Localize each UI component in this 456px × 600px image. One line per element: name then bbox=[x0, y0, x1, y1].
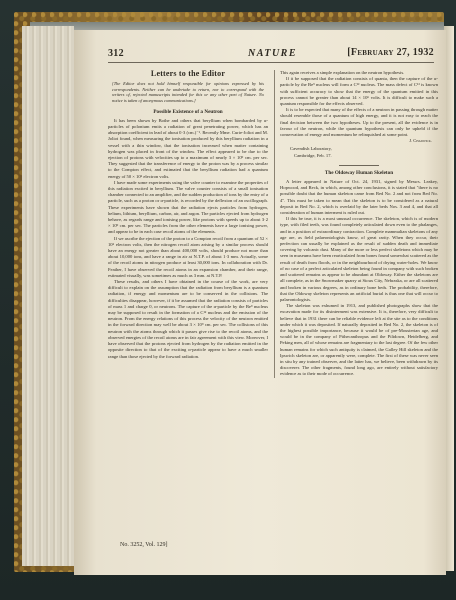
paragraph: These results, and others I have obtaine… bbox=[108, 279, 268, 360]
address-line: Cambridge, Feb. 17. bbox=[294, 153, 438, 159]
paragraph: It has been shown by Bothe and others th… bbox=[108, 118, 268, 180]
paragraph: If it be supposed that the radiation con… bbox=[280, 76, 438, 107]
page-number: 312 bbox=[108, 48, 124, 59]
right-column: This again receives a simple explanation… bbox=[274, 70, 438, 378]
section-title: Letters to the Editor bbox=[108, 71, 268, 77]
author-signature: J. Chadwick. bbox=[280, 138, 432, 144]
paragraph: If we ascribe the ejection of the proton… bbox=[108, 236, 268, 279]
divider bbox=[339, 165, 379, 166]
journal-title: NATURE bbox=[248, 48, 297, 59]
paragraph: If this be true, it is a most unusual oc… bbox=[280, 216, 438, 303]
page-stack-edge bbox=[22, 26, 74, 566]
article-title: The Oldoway Human Skeleton bbox=[280, 170, 438, 176]
article-title: Possible Existence of a Neutron bbox=[108, 109, 268, 115]
paragraph: I have made some experiments using the v… bbox=[108, 180, 268, 236]
issue-footer: No. 3252, Vol. 129] bbox=[120, 542, 167, 548]
left-column: Letters to the Editor [The Editor does n… bbox=[108, 70, 268, 360]
paragraph: It is to be expected that many of the ef… bbox=[280, 107, 438, 138]
paragraph: The skeleton was exhumed in 1913, and pu… bbox=[280, 303, 438, 377]
paragraph: A letter appeared in Nature of Oct. 24, … bbox=[280, 179, 438, 216]
issue-date: [February 27, 1932 bbox=[347, 47, 434, 58]
editor-notice: [The Editor does not hold himself respon… bbox=[112, 81, 264, 103]
journal-page: 312 NATURE [February 27, 1932 Letters to… bbox=[74, 30, 446, 575]
running-header: 312 NATURE [February 27, 1932 bbox=[108, 46, 434, 63]
